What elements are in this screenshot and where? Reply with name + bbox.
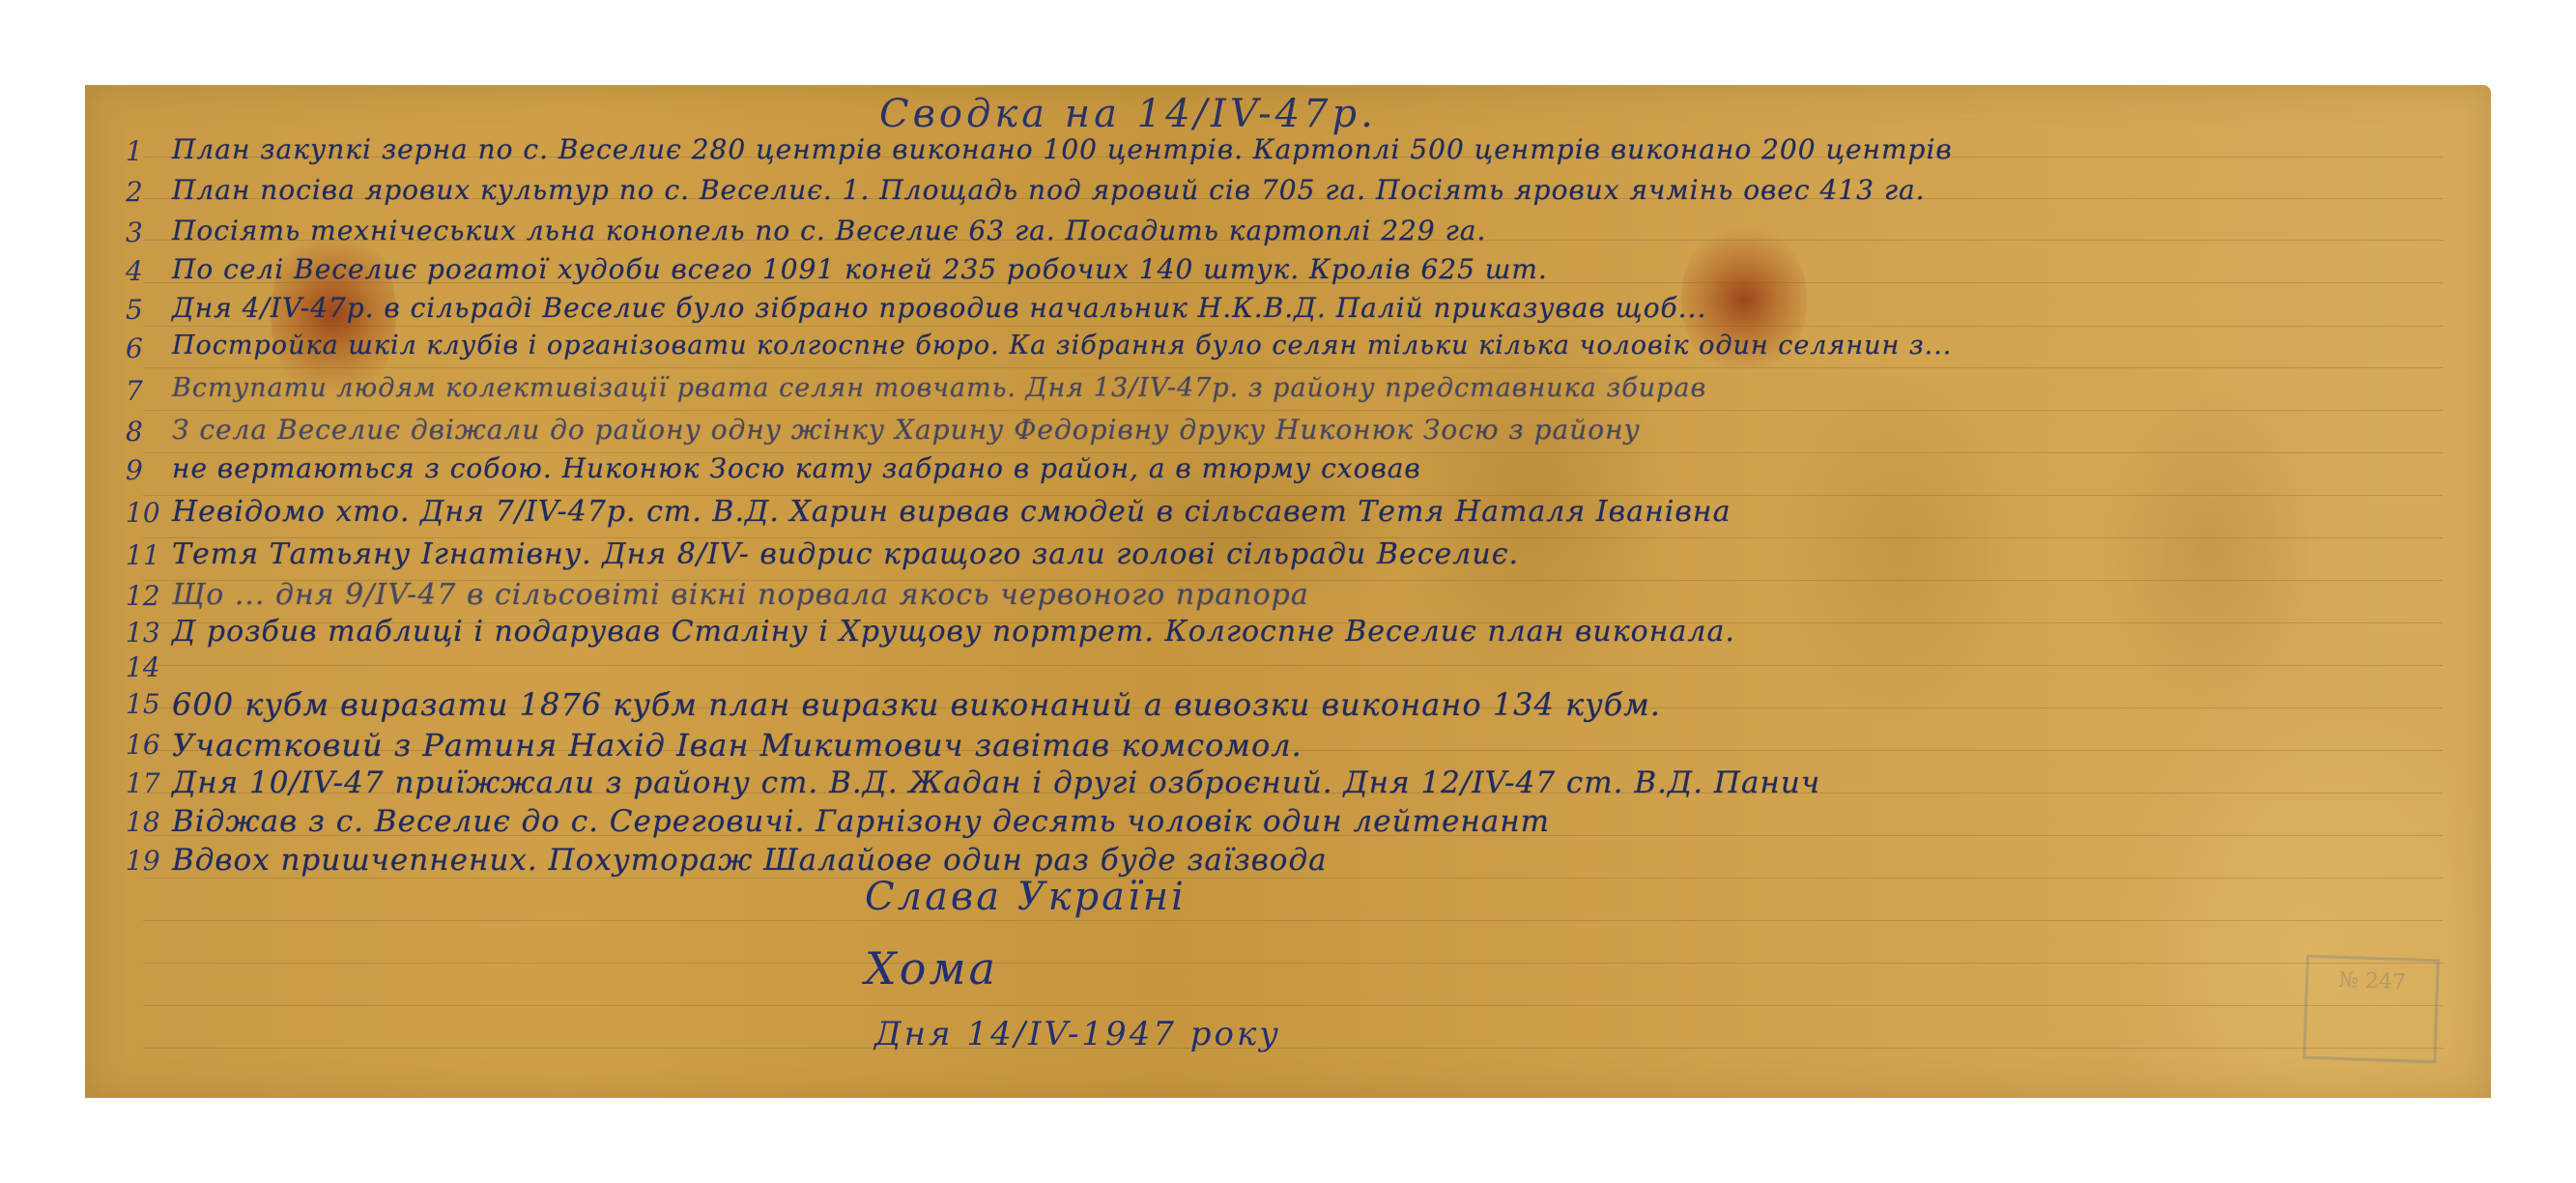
line-number: 5 bbox=[126, 294, 143, 326]
line-number: 10 bbox=[126, 497, 160, 529]
archive-stamp: № 247 bbox=[2303, 955, 2440, 1064]
ruled-line bbox=[143, 920, 2443, 921]
report-line: План закупкі зерна по с. Веселиє 280 цен… bbox=[172, 133, 1953, 165]
line-number: 6 bbox=[126, 332, 143, 364]
line-number: 12 bbox=[126, 580, 160, 612]
ruled-line bbox=[143, 878, 2443, 879]
report-line: Посіять технічеських льна конопель по с.… bbox=[172, 215, 1486, 246]
line-number: 15 bbox=[126, 688, 160, 720]
ruled-line bbox=[143, 410, 2443, 411]
line-number: 14 bbox=[126, 651, 160, 683]
report-line: Дня 10/IV-47 приїжжали з району ст. В.Д.… bbox=[172, 765, 1820, 800]
line-number: 4 bbox=[126, 255, 143, 287]
line-number: 13 bbox=[126, 617, 160, 649]
line-number: 9 bbox=[126, 454, 143, 486]
ruled-line bbox=[143, 326, 2443, 327]
report-line: По селі Веселиє рогатої худоби всего 109… bbox=[172, 253, 1548, 285]
report-line: Д розбив таблиці і подарував Сталіну і Х… bbox=[172, 615, 1735, 649]
ruled-line bbox=[143, 367, 2443, 368]
report-line: Невідомо хто. Дня 7/IV-47р. ст. В.Д. Хар… bbox=[172, 495, 1731, 529]
report-line: не вертаються з собою. Никонюк Зосю кату… bbox=[172, 452, 1421, 484]
report-line: Участковий з Ратиня Нахід Іван Микитович… bbox=[172, 727, 1302, 764]
line-number: 18 bbox=[126, 806, 160, 838]
signature: Хома bbox=[865, 942, 998, 995]
line-number: 16 bbox=[126, 729, 160, 761]
line-number: 7 bbox=[126, 375, 143, 407]
line-number: 11 bbox=[126, 539, 160, 571]
line-number: 3 bbox=[126, 216, 143, 248]
line-number: 19 bbox=[126, 845, 160, 877]
line-number: 8 bbox=[126, 416, 143, 447]
report-line: Постройка шкіл клубів і організовати кол… bbox=[172, 331, 1952, 361]
report-line: Вдвох пришчепнених. Похутораж Шалайове о… bbox=[172, 843, 1328, 878]
report-line: Дня 4/IV-47р. в сільраді Веселиє було зі… bbox=[172, 292, 1706, 324]
report-line: План посіва ярових культур по с. Веселиє… bbox=[172, 174, 1926, 206]
report-line: Віджав з с. Веселиє до с. Сереговичі. Га… bbox=[172, 804, 1550, 839]
line-number: 1 bbox=[126, 135, 143, 167]
ruled-line bbox=[143, 1005, 2443, 1006]
report-line: Вступати людям колективізації рвата селя… bbox=[172, 373, 1706, 403]
report-line: З села Веселиє двіжали до району одну жі… bbox=[172, 414, 1641, 446]
signature-date: Дня 14/IV-1947 року bbox=[874, 1015, 1281, 1053]
ruled-line bbox=[143, 1048, 2443, 1049]
report-line: Тетя Татьяну Ігнатівну. Дня 8/IV- видрис… bbox=[172, 537, 1519, 571]
document-title: Сводка на 14/IV-47р. bbox=[879, 92, 1377, 136]
ruled-line bbox=[143, 963, 2443, 964]
closing-salutation: Слава Україні bbox=[865, 875, 1187, 919]
line-number: 17 bbox=[126, 767, 160, 799]
line-number: 2 bbox=[126, 176, 143, 208]
report-line: 600 кубм виразати 1876 кубм план виразки… bbox=[172, 686, 1661, 723]
report-line: Що ... дня 9/IV-47 в сільсовіті вікні по… bbox=[172, 578, 1309, 612]
ruled-line bbox=[143, 665, 2443, 666]
